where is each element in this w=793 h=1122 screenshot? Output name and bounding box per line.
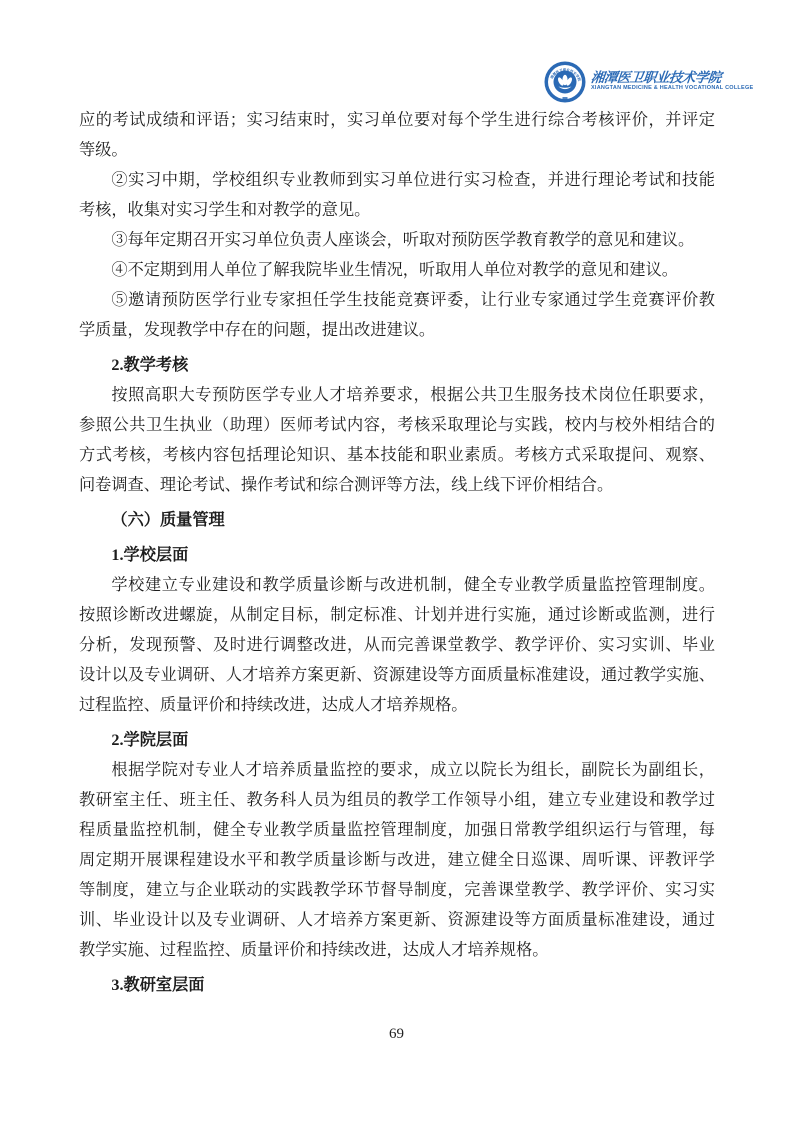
- paragraph: ⑤邀请预防医学行业专家担任学生技能竞赛评委，让行业专家通过学生竞赛评价教学质量，…: [79, 285, 715, 345]
- text-line: ⑤邀请预防医学行业专家担任学生技能竞赛评委，让行业专家通过学生竞赛评价教: [79, 285, 715, 315]
- section-heading: 2.教学考核: [79, 350, 715, 380]
- text-line: 等级。: [79, 135, 715, 165]
- text-line: 设计以及专业调研、人才培养方案更新、资源建设等方面质量标准建设，通过教学实施、: [79, 660, 715, 690]
- paragraph: ③每年定期召开实习单位负责人座谈会，听取对预防医学教育教学的意见和建议。: [79, 225, 715, 255]
- text-line: 周定期开展课程建设水平和教学质量诊断与改进，建立健全日巡课、周听课、评教评学: [79, 845, 715, 875]
- document-page: 湘潭医卫职业技术学院 湘潭医卫职业技术学院 XIANGTAN MEDICINE …: [0, 0, 793, 1122]
- college-logo: 湘潭医卫职业技术学院 湘潭医卫职业技术学院 XIANGTAN MEDICINE …: [544, 61, 753, 103]
- paragraph: ②实习中期，学校组织专业教师到实习单位进行实习检查，并进行理论考试和技能考核，收…: [79, 165, 715, 225]
- text-line: ③每年定期召开实习单位负责人座谈会，听取对预防医学教育教学的意见和建议。: [79, 225, 715, 255]
- text-line: 程质量监控机制，健全专业教学质量监控管理制度，加强日常教学组织运行与管理，每: [79, 815, 715, 845]
- text-line: 学校建立专业建设和教学质量诊断与改进机制，健全专业教学质量监控管理制度。: [79, 570, 715, 600]
- text-line: 参照公共卫生执业（助理）医师考试内容，考核采取理论与实践，校内与校外相结合的: [79, 410, 715, 440]
- section-heading: 3.教研室层面: [79, 970, 715, 1000]
- text-line: 问卷调查、理论考试、操作考试和综合测评等方法，线上线下评价相结合。: [79, 470, 715, 500]
- text-line: 考核，收集对实习学生和对教学的意见。: [79, 195, 715, 225]
- text-line: ②实习中期，学校组织专业教师到实习单位进行实习检查，并进行理论考试和技能: [79, 165, 715, 195]
- text-line: 过程监控、质量评价和持续改进，达成人才培养规格。: [79, 690, 715, 720]
- text-line: 应的考试成绩和评语；实习结束时，实习单位要对每个学生进行综合考核评价，并评定: [79, 105, 715, 135]
- text-line: 根据学院对专业人才培养质量监控的要求，成立以院长为组长，副院长为副组长，: [79, 755, 715, 785]
- text-line: 训、毕业设计以及专业调研、人才培养方案更新、资源建设等方面质量标准建设，通过: [79, 905, 715, 935]
- section-heading: 1.学校层面: [79, 540, 715, 570]
- text-line: 按照高职大专预防医学专业人才培养要求，根据公共卫生服务技术岗位任职要求，: [79, 380, 715, 410]
- text-line: 等制度，建立与企业联动的实践教学环节督导制度，完善课堂教学、教学评价、实习实: [79, 875, 715, 905]
- paragraph: 应的考试成绩和评语；实习结束时，实习单位要对每个学生进行综合考核评价，并评定等级…: [79, 105, 715, 165]
- college-name-block: 湘潭医卫职业技术学院 XIANGTAN MEDICINE & HEALTH VO…: [591, 61, 753, 92]
- paragraph: 根据学院对专业人才培养质量监控的要求，成立以院长为组长，副院长为副组长，教研室主…: [79, 755, 715, 965]
- text-line: 方式考核，考核内容包括理论知识、基本技能和职业素质。考核方式采取提问、观察、: [79, 440, 715, 470]
- text-line: 分析，发现预警、及时进行调整改进，从而完善课堂教学、教学评价、实习实训、毕业: [79, 630, 715, 660]
- paragraph: 学校建立专业建设和教学质量诊断与改进机制，健全专业教学质量监控管理制度。按照诊断…: [79, 570, 715, 720]
- page-number: 69: [0, 1026, 793, 1043]
- text-line: ④不定期到用人单位了解我院毕业生情况，听取用人单位对教学的意见和建议。: [79, 255, 715, 285]
- paragraph: ④不定期到用人单位了解我院毕业生情况，听取用人单位对教学的意见和建议。: [79, 255, 715, 285]
- college-emblem-icon: 湘潭医卫职业技术学院: [544, 61, 586, 103]
- paragraph: 按照高职大专预防医学专业人才培养要求，根据公共卫生服务技术岗位任职要求，参照公共…: [79, 380, 715, 500]
- text-line: 教研室主任、班主任、教务科人员为组员的教学工作领导小组，建立专业建设和教学过: [79, 785, 715, 815]
- section-heading: （六）质量管理: [79, 505, 715, 535]
- college-name-en: XIANGTAN MEDICINE & HEALTH VOCATIONAL CO…: [591, 85, 753, 92]
- text-line: 按照诊断改进螺旋，从制定目标，制定标准、计划并进行实施，通过诊断或监测，进行: [79, 600, 715, 630]
- text-line: 教学实施、过程监控、质量评价和持续改进，达成人才培养规格。: [79, 935, 715, 965]
- text-line: 学质量，发现教学中存在的问题，提出改进建议。: [79, 315, 715, 345]
- section-heading: 2.学院层面: [79, 725, 715, 755]
- college-name-zh: 湘潭医卫职业技术学院: [590, 70, 754, 85]
- document-body: 应的考试成绩和评语；实习结束时，实习单位要对每个学生进行综合考核评价，并评定等级…: [79, 105, 715, 1000]
